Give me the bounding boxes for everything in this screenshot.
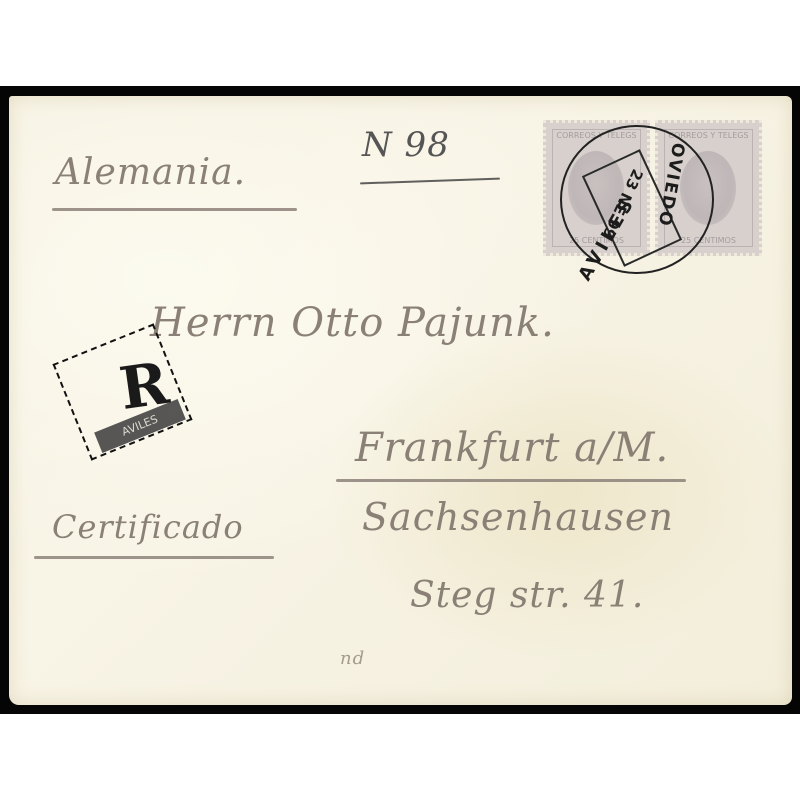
pencil-note: nd xyxy=(340,648,365,669)
addressee-text: Herrn Otto Pajunk. xyxy=(150,300,555,346)
service-text: Certificado xyxy=(52,508,244,546)
registry-number-text: N 98 xyxy=(362,125,450,165)
street-line-1: Sachsenhausen xyxy=(362,495,674,539)
service-underline xyxy=(34,556,274,559)
city-underline xyxy=(336,479,686,482)
destination-country-text: Alemania. xyxy=(55,152,246,193)
destination-underline xyxy=(52,208,297,211)
street-line-2: Steg str. 41. xyxy=(410,575,644,616)
city-text: Frankfurt a/M. xyxy=(355,425,669,471)
